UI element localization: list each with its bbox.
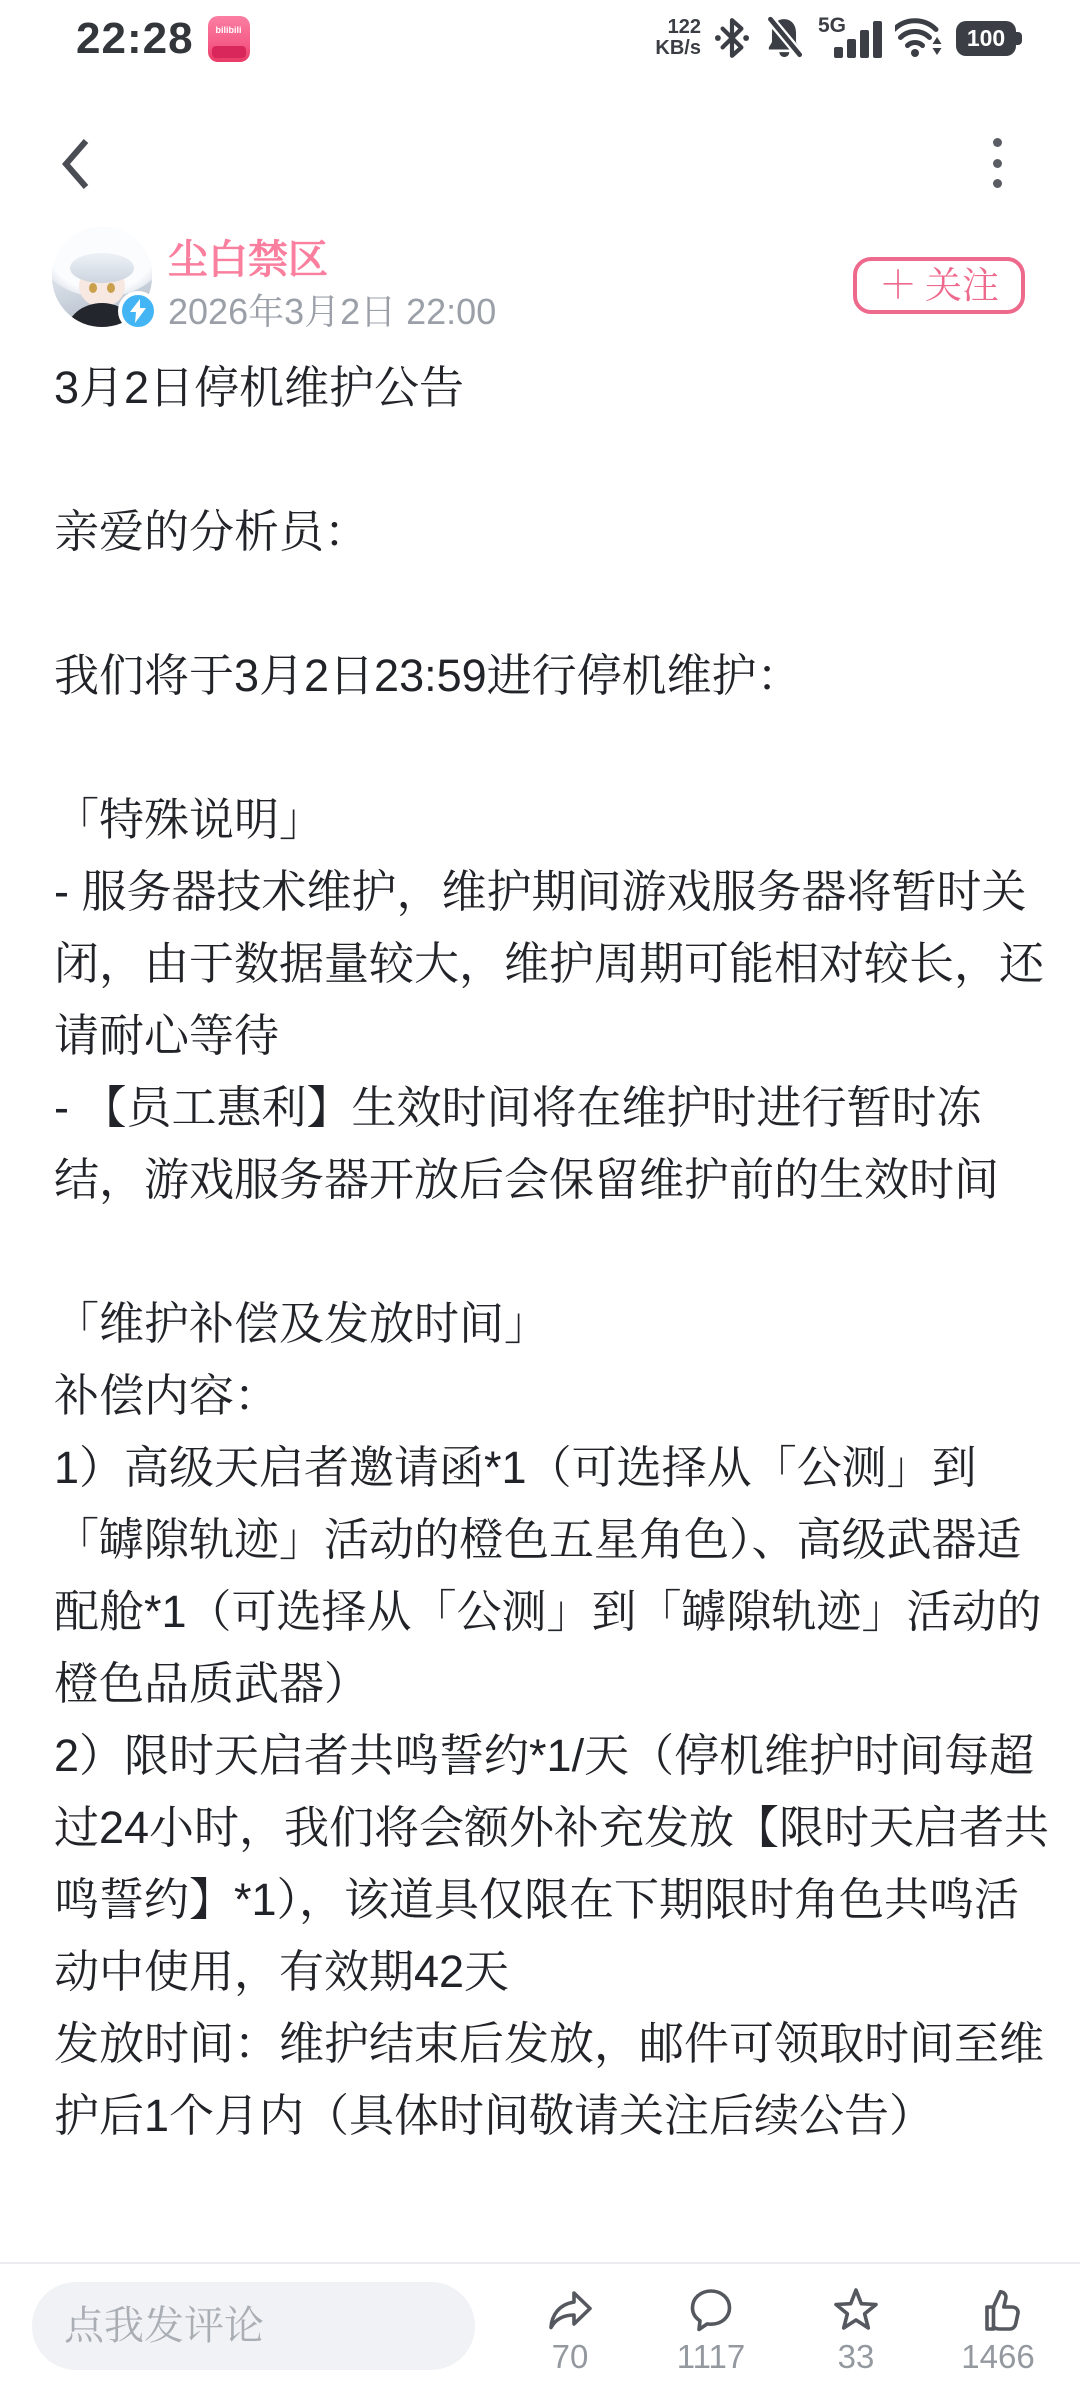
wifi-icon [895, 17, 943, 59]
post-date: 2026年3月2日 22:00 [168, 284, 496, 335]
lightning-icon [128, 299, 148, 323]
like-button[interactable]: 1466 [933, 2286, 1063, 2373]
share-count: 70 [552, 2340, 589, 2373]
bilibili-app-icon: bilibili [208, 16, 250, 62]
plus-icon: ＋ [879, 267, 917, 305]
thumbs-up-icon [973, 2286, 1023, 2334]
battery-icon: 100 [956, 21, 1016, 56]
follow-button[interactable]: ＋ 关注 [853, 257, 1025, 314]
favorite-button[interactable]: 33 [791, 2286, 921, 2373]
status-bar: 22:28 bilibili 122 KB/s 5G [0, 0, 1080, 72]
follow-label: 关注 [925, 267, 999, 304]
notifications-off-icon [763, 15, 805, 61]
author-name[interactable]: 尘白禁区 [168, 228, 328, 285]
post-body: 3月2日停机维护公告 亲爱的分析员： 我们将于3月2日23:59进行停机维护： … [54, 352, 1054, 2152]
comment-button[interactable]: 1117 [646, 2286, 776, 2373]
screen: 22:28 bilibili 122 KB/s 5G [0, 0, 1080, 2400]
share-button[interactable]: 70 [505, 2286, 635, 2373]
comment-icon [686, 2286, 736, 2334]
network-speed: 122 KB/s [655, 17, 701, 59]
signal-icon: 5G [818, 12, 882, 64]
share-icon [545, 2286, 595, 2334]
comment-count: 1117 [677, 2340, 746, 2373]
bluetooth-icon [714, 15, 750, 61]
battery-level: 100 [967, 25, 1005, 51]
star-icon [831, 2286, 881, 2334]
verified-lightning-badge [118, 291, 158, 331]
more-options-button[interactable] [980, 138, 1014, 188]
favorite-count: 33 [838, 2340, 875, 2373]
comment-input[interactable] [32, 2282, 475, 2370]
clock: 22:28 [76, 14, 194, 64]
back-button[interactable] [58, 136, 92, 192]
bottom-action-bar: 70 1117 33 1466 [0, 2262, 1080, 2400]
like-count: 1466 [961, 2340, 1034, 2373]
author-avatar[interactable] [52, 227, 152, 327]
